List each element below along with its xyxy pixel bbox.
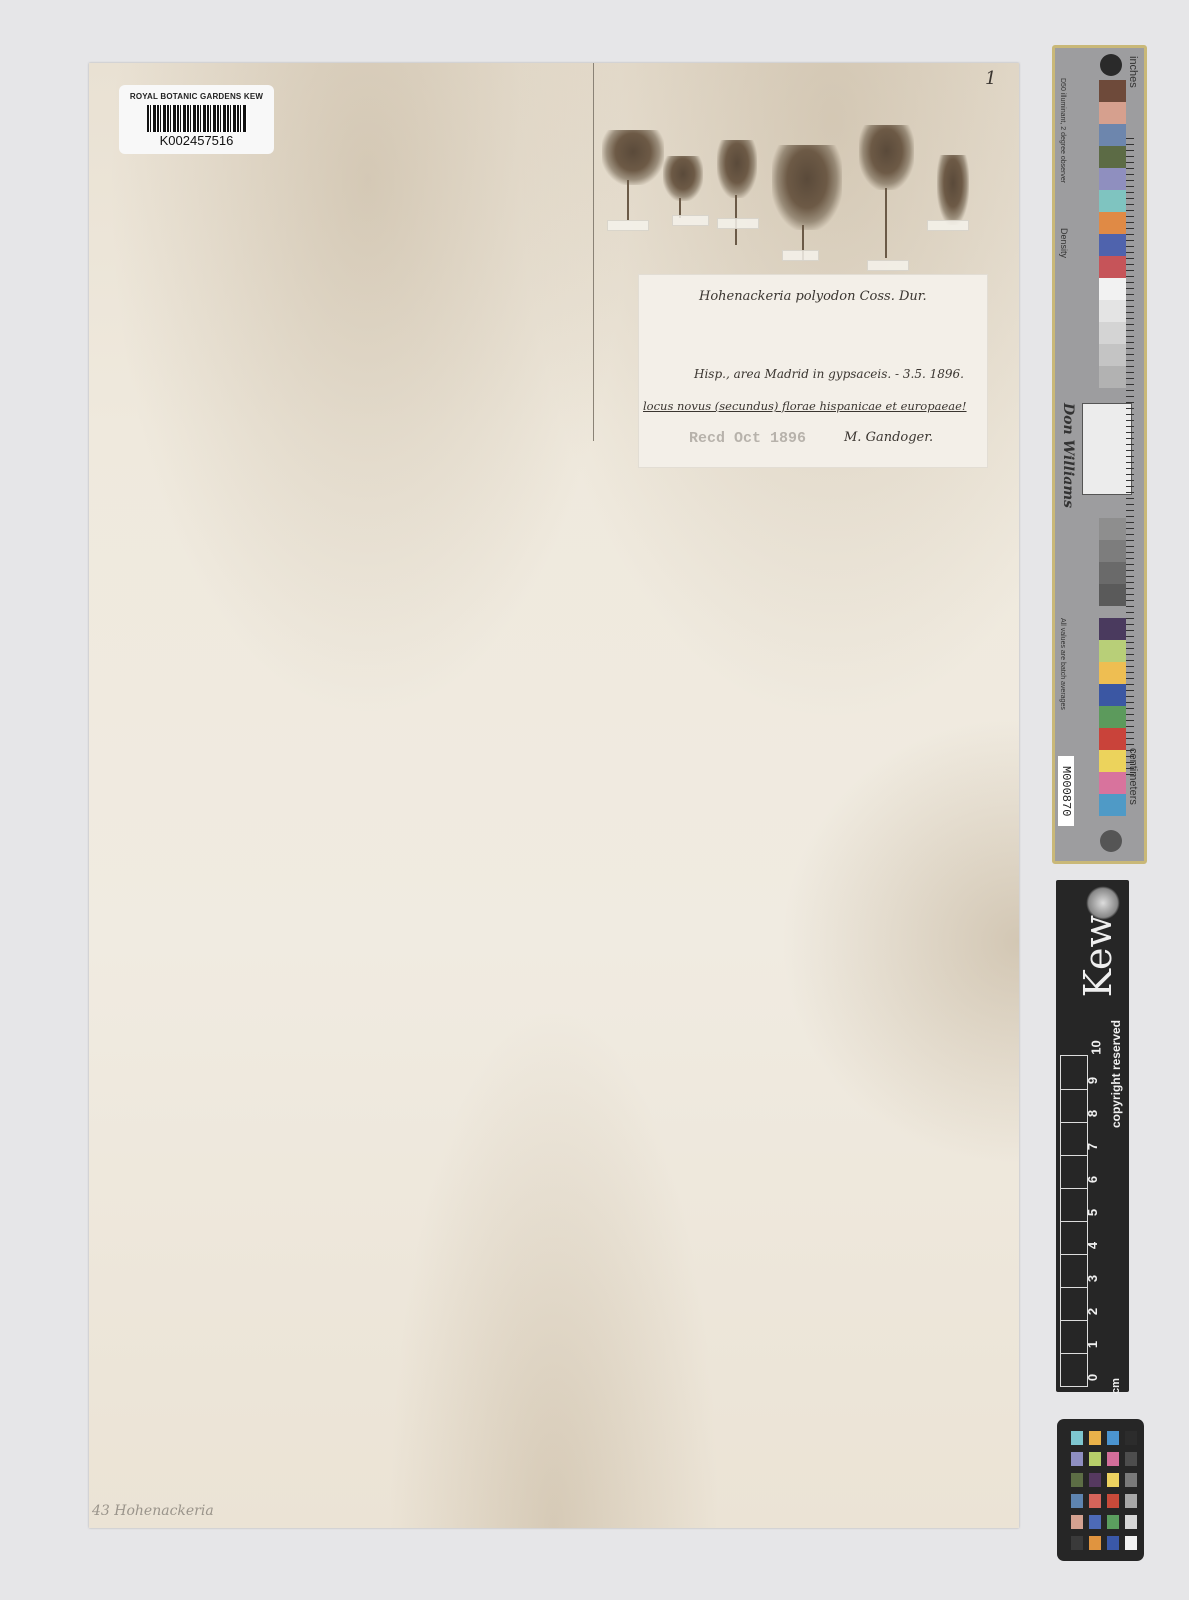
cm-unit-label: cm: [1110, 1378, 1122, 1394]
ruler-hole-top: [1100, 54, 1122, 76]
specimen-5-stem: [885, 188, 887, 258]
scale-number: 3: [1085, 1275, 1100, 1282]
received-stamp: Recd Oct 1896: [689, 430, 806, 447]
swatch: [1099, 562, 1126, 584]
specimen-4: [772, 145, 842, 230]
specimen-2: [663, 156, 703, 201]
scale-number: 4: [1085, 1242, 1100, 1249]
color-patch: [1107, 1494, 1119, 1508]
scale-number: 7: [1085, 1143, 1100, 1150]
swatch: [1099, 540, 1126, 562]
color-patch: [1089, 1452, 1101, 1466]
swatch: [1099, 640, 1126, 662]
swatch: [1099, 584, 1126, 606]
mounting-tape: [927, 220, 969, 231]
swatch: [1099, 518, 1126, 540]
swatch: [1099, 300, 1126, 322]
scale-number: 0: [1085, 1374, 1100, 1381]
scale-number: 1: [1085, 1341, 1100, 1348]
mounting-tape: [717, 218, 759, 229]
color-patch: [1071, 1515, 1083, 1529]
swatch: [1099, 124, 1126, 146]
swatch: [1099, 278, 1126, 300]
scale-tick: [1061, 1122, 1087, 1123]
kew-logo: Kew: [1076, 915, 1120, 997]
taxon-name: Hohenackeria polyodon Coss. Dur.: [699, 289, 927, 304]
swatch: [1099, 146, 1126, 168]
swatch: [1099, 366, 1126, 388]
color-patch: [1125, 1473, 1137, 1487]
scale-number: 6: [1085, 1176, 1100, 1183]
density-label: Density: [1059, 228, 1069, 258]
scale-number: 10: [1089, 1040, 1104, 1054]
ruler-ticks: [1126, 138, 1134, 778]
swatch: [1099, 772, 1126, 794]
batch-average-note: All values are batch averages: [1059, 618, 1066, 710]
color-calibration-ruler: Don Williams inches centimeters D50 illu…: [1052, 45, 1147, 864]
mounting-tape: [672, 215, 709, 226]
swatch: [1099, 256, 1126, 278]
color-patch: [1089, 1431, 1101, 1445]
collector-name: M. Gandoger.: [844, 430, 933, 445]
swatch: [1099, 190, 1126, 212]
color-patch: [1107, 1536, 1119, 1550]
color-patch: [1071, 1431, 1083, 1445]
color-patch: [1071, 1536, 1083, 1550]
scale-tick: [1061, 1155, 1087, 1156]
specimen-6: [937, 155, 969, 225]
color-patch: [1125, 1515, 1137, 1529]
color-patch: [1089, 1515, 1101, 1529]
scale-number: 9: [1085, 1077, 1100, 1084]
swatch: [1099, 102, 1126, 124]
color-patch: [1089, 1494, 1101, 1508]
swatch: [1099, 344, 1126, 366]
corner-mark: 1: [985, 68, 996, 89]
cm-scale: [1060, 1055, 1088, 1387]
ruler-hole-bottom: [1100, 830, 1122, 852]
kew-scale-bar: Kew copyright reserved 0 1 2 3 4 5 6 7 8…: [1056, 880, 1129, 1392]
sheet-fold-line: [593, 63, 594, 441]
swatch: [1099, 662, 1126, 684]
swatch: [1099, 706, 1126, 728]
centimeters-label: centimeters: [1127, 748, 1139, 805]
scale-tick: [1061, 1287, 1087, 1288]
copyright-text: copyright reserved: [1109, 1020, 1123, 1128]
swatch: [1099, 80, 1126, 102]
specimen-1-stem: [627, 180, 629, 220]
barcode-icon: [147, 105, 247, 132]
color-patch: [1125, 1452, 1137, 1466]
color-patch: [1089, 1536, 1101, 1550]
specimen-3: [717, 140, 757, 198]
pencil-annotation: 43 Hohenackeria: [92, 1503, 214, 1519]
color-patch: [1107, 1515, 1119, 1529]
color-patch: [1071, 1494, 1083, 1508]
color-patch: [1125, 1431, 1137, 1445]
inches-label: inches: [1127, 56, 1139, 88]
scale-number: 2: [1085, 1308, 1100, 1315]
specimen-5: [859, 125, 914, 190]
color-patch: [1071, 1473, 1083, 1487]
barcode-number: K002457516: [160, 133, 234, 148]
determination-label: Hohenackeria polyodon Coss. Dur. Hisp., …: [638, 274, 988, 468]
specimen-1: [602, 130, 664, 185]
mounting-tape: [607, 220, 649, 231]
swatch: [1099, 618, 1126, 640]
specimen-group: [597, 120, 977, 280]
swatch: [1099, 212, 1126, 234]
swatch: [1099, 322, 1126, 344]
barcode-label: ROYAL BOTANIC GARDENS KEW K002457516: [119, 85, 274, 154]
swatch: [1099, 168, 1126, 190]
ruler-serial: M000870: [1058, 756, 1074, 826]
note-text: locus novus (secundus) florae hispanicae…: [643, 399, 967, 413]
swatch: [1099, 234, 1126, 256]
scale-tick: [1061, 1353, 1087, 1354]
color-patch: [1107, 1473, 1119, 1487]
mounting-tape: [782, 250, 819, 261]
institution-name: ROYAL BOTANIC GARDENS KEW: [130, 92, 263, 101]
resolution-target: [1082, 403, 1132, 495]
scale-number: 8: [1085, 1110, 1100, 1117]
swatch: [1099, 728, 1126, 750]
illuminant-note: D50 illuminant, 2 degree observer: [1059, 78, 1066, 183]
color-patch: [1125, 1494, 1137, 1508]
scale-tick: [1061, 1188, 1087, 1189]
scale-tick: [1061, 1089, 1087, 1090]
scale-number: 5: [1085, 1209, 1100, 1216]
color-patch: [1071, 1452, 1083, 1466]
color-checker-card: [1057, 1419, 1144, 1561]
scale-tick: [1061, 1221, 1087, 1222]
swatch: [1099, 794, 1126, 816]
ruler-brand: Don Williams: [1060, 403, 1076, 508]
color-patch: [1107, 1452, 1119, 1466]
swatch: [1099, 684, 1126, 706]
locality-text: Hisp., area Madrid in gypsaceis. - 3.5. …: [694, 367, 964, 381]
scale-tick: [1061, 1254, 1087, 1255]
color-patch: [1107, 1431, 1119, 1445]
color-patch: [1089, 1473, 1101, 1487]
mounting-tape: [867, 260, 909, 271]
swatch: [1099, 750, 1126, 772]
scale-tick: [1061, 1320, 1087, 1321]
color-patch: [1125, 1536, 1137, 1550]
